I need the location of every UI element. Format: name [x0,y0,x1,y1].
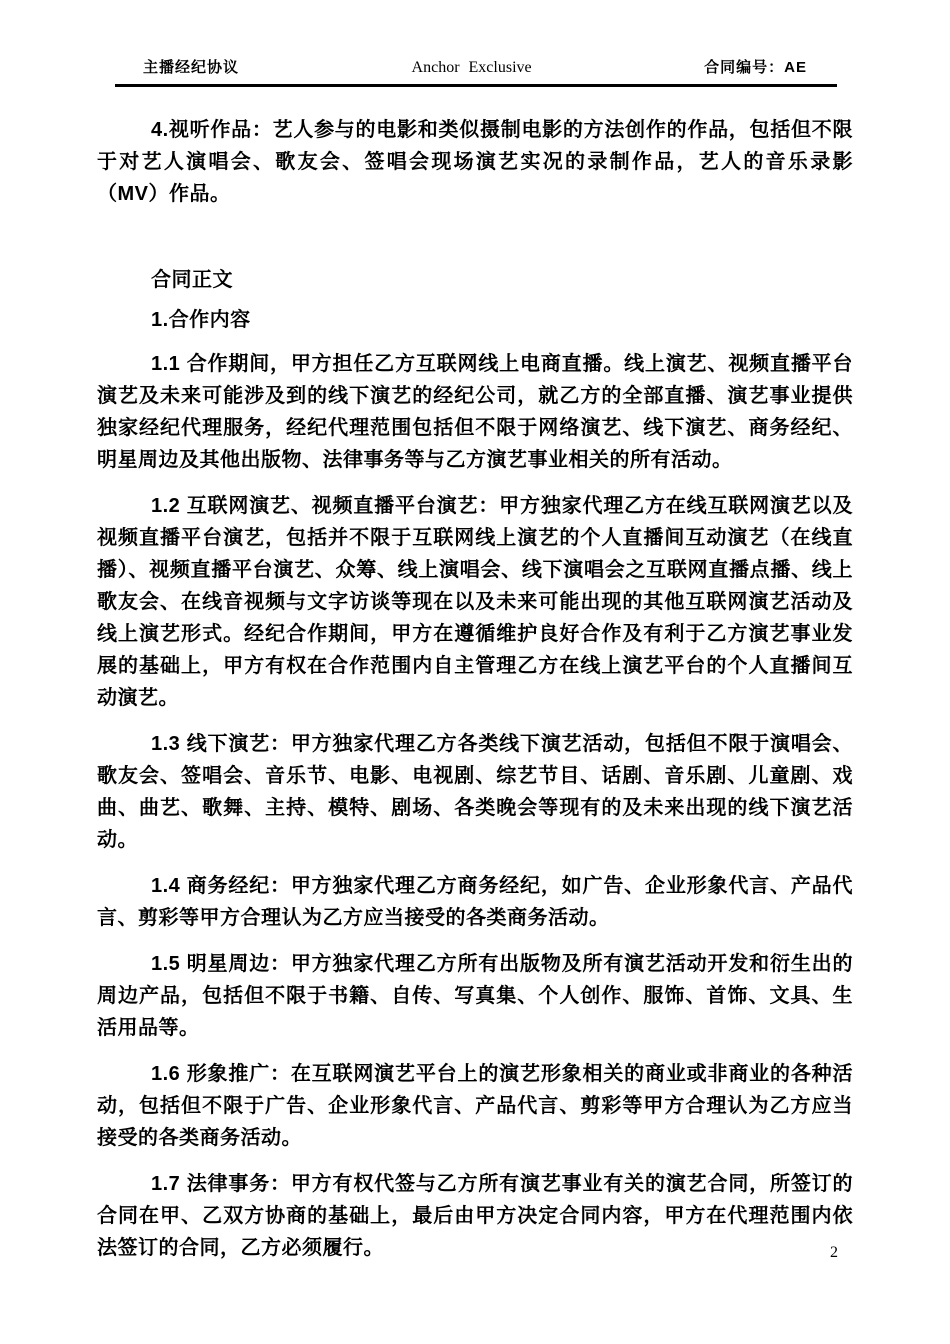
document-body: 4.视听作品：艺人参与的电影和类似摄制电影的方法创作的作品，包括但不限于对艺人演… [97,114,853,1278]
heading-cooperation-content: 1.合作内容 [97,304,853,336]
header-contract-number: 合同编号：AE [704,56,807,77]
heading-contract-main-text: 合同正文 [97,264,853,296]
paragraph-1-3-offline-performance: 1.3 线下演艺：甲方独家代理乙方各类线下演艺活动，包括但不限于演唱会、歌友会、… [97,728,853,856]
paragraph-1-6-image-promotion: 1.6 形象推广：在互联网演艺平台上的演艺形象相关的商业或非商业的各种活动，包括… [97,1058,853,1154]
paragraph-1-5-star-merchandise: 1.5 明星周边：甲方独家代理乙方所有出版物及所有演艺活动开发和衍生出的周边产品… [97,948,853,1044]
document-page: 主播经纪协议 Anchor Exclusive 合同编号：AE 4.视听作品：艺… [0,0,950,1344]
page-number: 2 [830,1244,838,1262]
paragraph-audiovisual-works: 4.视听作品：艺人参与的电影和类似摄制电影的方法创作的作品，包括但不限于对艺人演… [97,114,853,210]
paragraph-1-7-legal-affairs: 1.7 法律事务：甲方有权代签与乙方所有演艺事业有关的演艺合同，所签订的合同在甲… [97,1168,853,1264]
document-header: 主播经纪协议 Anchor Exclusive 合同编号：AE [115,56,837,87]
header-english-title: Anchor Exclusive [412,59,532,77]
paragraph-1-1-cooperation-period: 1.1 合作期间，甲方担任乙方互联网线上电商直播。线上演艺、视频直播平台演艺及未… [97,348,853,476]
paragraph-1-4-business-agency: 1.4 商务经纪：甲方独家代理乙方商务经纪，如广告、企业形象代言、产品代言、剪彩… [97,870,853,934]
header-document-title: 主播经纪协议 [143,56,239,77]
paragraph-1-2-internet-performance: 1.2 互联网演艺、视频直播平台演艺：甲方独家代理乙方在线互联网演艺以及视频直播… [97,490,853,714]
